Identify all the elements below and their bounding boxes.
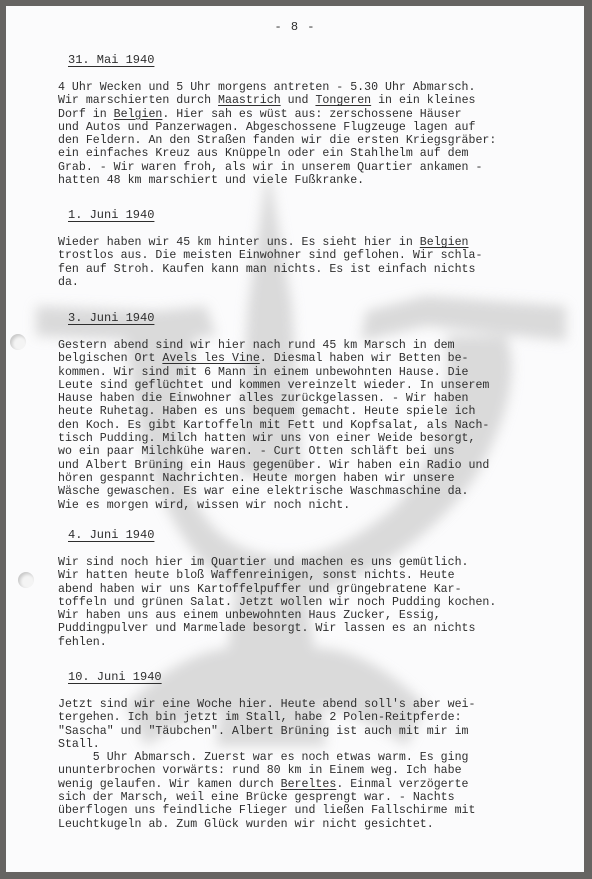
place-name: Maastrich	[218, 94, 281, 107]
document-page: - 8 - 31. Mai 1940 4 Uhr Wecken und 5 Uh…	[6, 6, 584, 872]
place-name: Belgien	[114, 108, 163, 121]
entry-text: Wir sind noch hier im Quartier und mache…	[58, 556, 568, 649]
entry-text: Gestern abend sind wir hier nach rund 45…	[58, 339, 568, 512]
diary-entry: 1. Juni 1940 Wieder haben wir 45 km hint…	[58, 208, 568, 289]
diary-entry: 3. Juni 1940 Gestern abend sind wir hier…	[58, 311, 568, 512]
entry-date: 1. Juni 1940	[68, 208, 154, 222]
entry-text: Jetzt sind wir eine Woche hier. Heute ab…	[58, 698, 568, 831]
page-number: - 8 -	[6, 20, 584, 34]
place-name: Belgien	[420, 236, 469, 249]
diary-entry: 31. Mai 1940 4 Uhr Wecken und 5 Uhr morg…	[58, 53, 568, 187]
place-name: Tongeren	[315, 94, 371, 107]
place-name: Avels les Vine	[162, 352, 259, 365]
entry-date: 4. Juni 1940	[68, 528, 154, 542]
entry-date: 3. Juni 1940	[68, 311, 154, 325]
place-name: Bereltes	[281, 778, 337, 791]
entry-date: 31. Mai 1940	[68, 53, 154, 67]
diary-entry: 10. Juni 1940 Jetzt sind wir eine Woche …	[58, 670, 568, 831]
entry-text: 4 Uhr Wecken und 5 Uhr morgens antreten …	[58, 81, 568, 187]
diary-entry: 4. Juni 1940 Wir sind noch hier im Quart…	[58, 528, 568, 649]
entry-text: Wieder haben wir 45 km hinter uns. Es si…	[58, 236, 568, 289]
entry-date: 10. Juni 1940	[68, 670, 162, 684]
